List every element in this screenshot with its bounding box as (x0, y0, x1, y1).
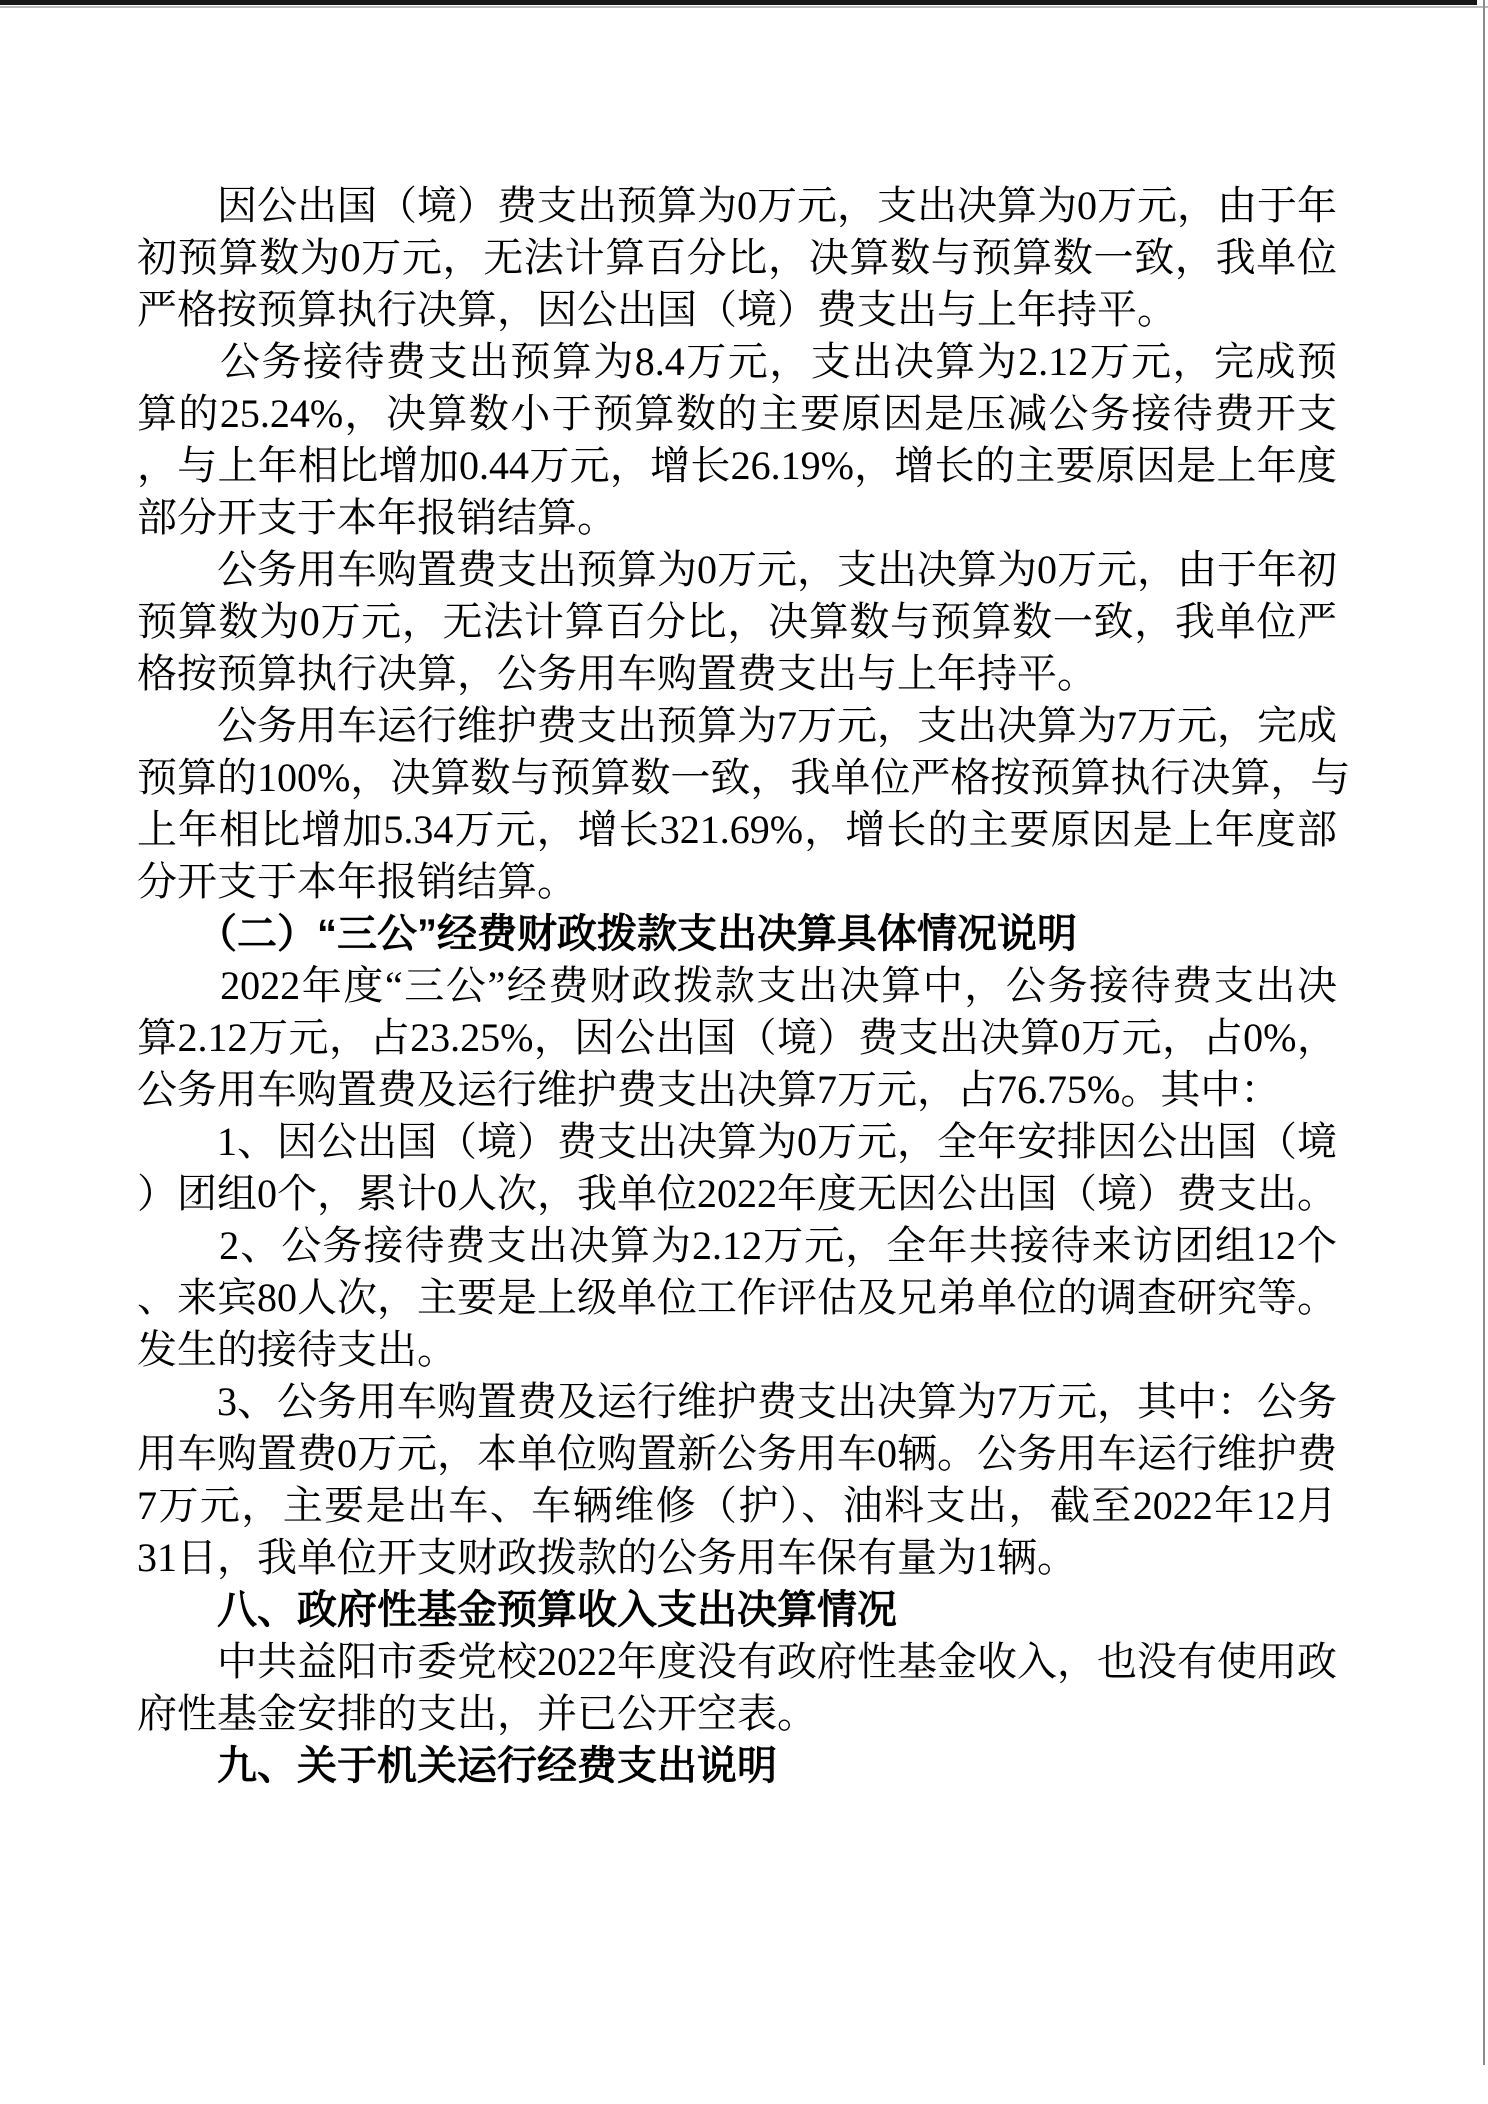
text-line: 格按预算执行决算，公务用车购置费支出与上年持平。 (137, 648, 1337, 700)
text-line: 公务用车运行维护费支出预算为7万元，支出决算为7万元，完成 (137, 700, 1337, 752)
para-vehicle-purchase-expense: 公务用车购置费支出预算为0万元，支出决算为0万元，由于年初预算数为0万元，无法计… (137, 544, 1337, 700)
para-three-public-funds-summary: 2022年度“三公”经费财政拨款支出决算中，公务接待费支出决算2.12万元，占2… (137, 960, 1337, 1116)
text-line: 预算数为0万元，无法计算百分比，决算数与预算数一致，我单位严 (137, 596, 1337, 648)
text-line: 用车购置费0万元，本单位购置新公务用车0辆。公务用车运行维护费 (137, 1428, 1337, 1480)
text-line: 中共益阳市委党校2022年度没有政府性基金收入，也没有使用政 (137, 1636, 1337, 1688)
para-overseas-travel-expense: 因公出国（境）费支出预算为0万元，支出决算为0万元，由于年初预算数为0万元，无法… (137, 180, 1337, 336)
item-3-vehicle-purchase-operation: 3、公务用车购置费及运行维护费支出决算为7万元，其中：公务用车购置费0万元，本单… (137, 1376, 1337, 1584)
text-line: ）团组0个，累计0人次，我单位2022年度无因公出国（境）费支出。 (137, 1168, 1337, 1220)
text-line: （二）“三公”经费财政拨款支出决算具体情况说明 (137, 908, 1337, 960)
text-line: 公务用车购置费支出预算为0万元，支出决算为0万元，由于年初 (137, 544, 1337, 596)
text-line: 7万元，主要是出车、车辆维修（护）、油料支出，截至2022年12月 (137, 1480, 1337, 1532)
text-line: 严格按预算执行决算，因公出国（境）费支出与上年持平。 (137, 284, 1337, 336)
scan-artifact-right-hairline (1483, 0, 1485, 2065)
heading-section-9-agency-operating-expense: 九、关于机关运行经费支出说明 (137, 1740, 1337, 1792)
text-line: 算的25.24%，决算数小于预算数的主要原因是压减公务接待费开支 (137, 388, 1337, 440)
para-government-fund: 中共益阳市委党校2022年度没有政府性基金收入，也没有使用政府性基金安排的支出，… (137, 1636, 1337, 1740)
text-line: 发生的接待支出。 (137, 1324, 1337, 1376)
para-vehicle-operation-expense: 公务用车运行维护费支出预算为7万元，支出决算为7万元，完成预算的100%，决算数… (137, 700, 1337, 908)
text-line: ，与上年相比增加0.44万元，增长26.19%，增长的主要原因是上年度 (137, 440, 1337, 492)
para-official-reception-expense: 公务接待费支出预算为8.4万元，支出决算为2.12万元，完成预算的25.24%，… (137, 336, 1337, 544)
text-line: 1、因公出国（境）费支出决算为0万元，全年安排因公出国（境 (137, 1116, 1337, 1168)
scan-artifact-top-bar (0, 0, 1477, 5)
text-line: 预算的100%，决算数与预算数一致，我单位严格按预算执行决算，与 (137, 752, 1337, 804)
text-line: 九、关于机关运行经费支出说明 (137, 1740, 1337, 1792)
text-line: 初预算数为0万元，无法计算百分比，决算数与预算数一致，我单位 (137, 232, 1337, 284)
text-line: 3、公务用车购置费及运行维护费支出决算为7万元，其中：公务 (137, 1376, 1337, 1428)
scan-artifact-top-hairline (0, 6, 1488, 8)
text-line: 八、政府性基金预算收入支出决算情况 (137, 1584, 1337, 1636)
heading-section-8-government-fund: 八、政府性基金预算收入支出决算情况 (137, 1584, 1337, 1636)
heading-three-public-funds-detail: （二）“三公”经费财政拨款支出决算具体情况说明 (137, 908, 1337, 960)
text-line: 算2.12万元，占23.25%，因公出国（境）费支出决算0万元，占0%， (137, 1012, 1337, 1064)
text-line: 因公出国（境）费支出预算为0万元，支出决算为0万元，由于年 (137, 180, 1337, 232)
text-line: 部分开支于本年报销结算。 (137, 492, 1337, 544)
document-page: 因公出国（境）费支出预算为0万元，支出决算为0万元，由于年初预算数为0万元，无法… (0, 0, 1488, 2104)
text-line: 上年相比增加5.34万元，增长321.69%，增长的主要原因是上年度部 (137, 804, 1337, 856)
text-line: 31日，我单位开支财政拨款的公务用车保有量为1辆。 (137, 1532, 1337, 1584)
text-line: 公务接待费支出预算为8.4万元，支出决算为2.12万元，完成预 (137, 336, 1337, 388)
item-1-overseas-travel: 1、因公出国（境）费支出决算为0万元，全年安排因公出国（境）团组0个，累计0人次… (137, 1116, 1337, 1220)
document-body: 因公出国（境）费支出预算为0万元，支出决算为0万元，由于年初预算数为0万元，无法… (137, 180, 1337, 1792)
text-line: 、来宾80人次，主要是上级单位工作评估及兄弟单位的调查研究等。 (137, 1272, 1337, 1324)
text-line: 2、公务接待费支出决算为2.12万元，全年共接待来访团组12个 (137, 1220, 1337, 1272)
item-2-official-reception: 2、公务接待费支出决算为2.12万元，全年共接待来访团组12个、来宾80人次，主… (137, 1220, 1337, 1376)
text-line: 2022年度“三公”经费财政拨款支出决算中，公务接待费支出决 (137, 960, 1337, 1012)
text-line: 府性基金安排的支出，并已公开空表。 (137, 1688, 1337, 1740)
text-line: 公务用车购置费及运行维护费支出决算7万元，占76.75%。其中： (137, 1064, 1337, 1116)
text-line: 分开支于本年报销结算。 (137, 856, 1337, 908)
